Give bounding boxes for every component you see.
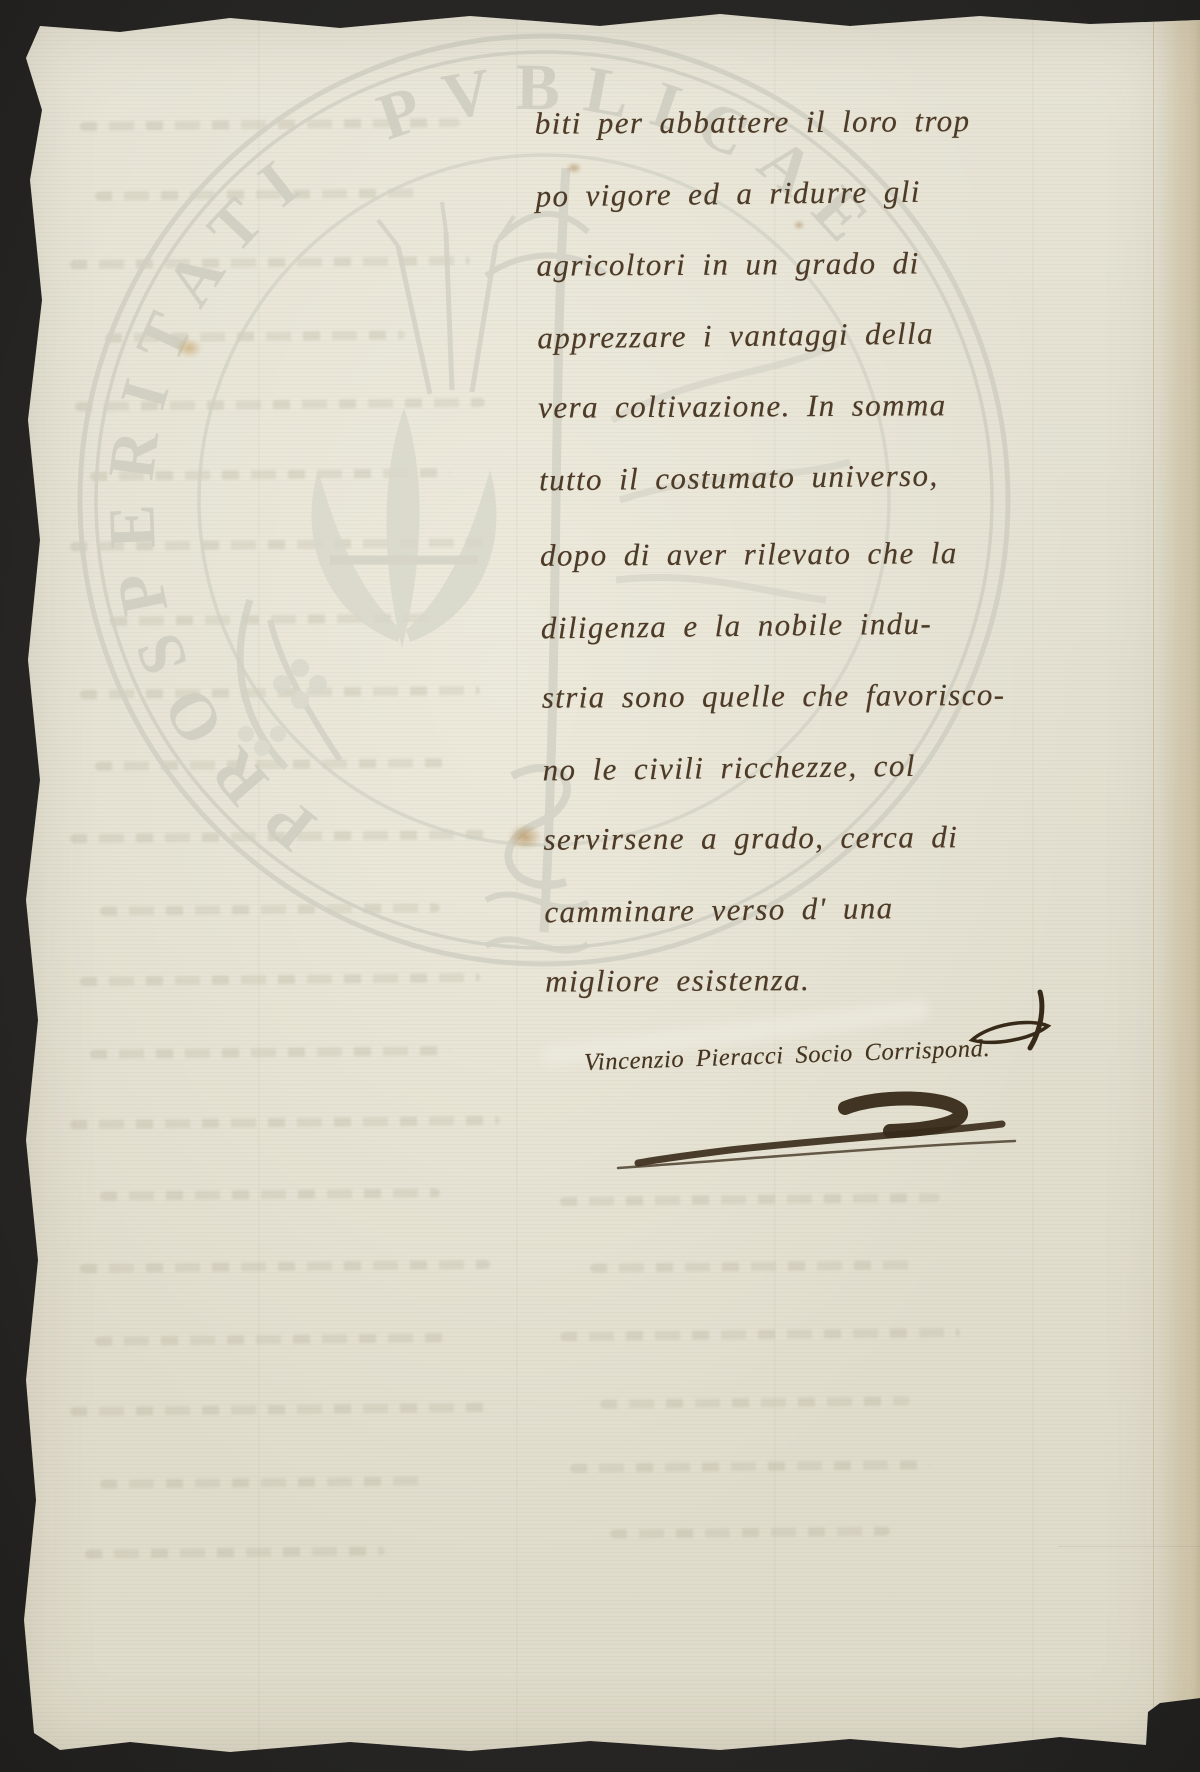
manuscript-line: dopo di aver rilevato che la <box>540 516 1100 590</box>
underline-flourish-bold <box>845 1098 961 1131</box>
seal-outer-ring <box>80 36 1008 964</box>
paper-crease <box>1058 1546 1200 1548</box>
manuscript-line: apprezzare i vantaggi della <box>537 296 1098 374</box>
pen-flourish <box>0 0 1200 1772</box>
underline-flourish-hairline <box>618 1141 1015 1168</box>
manuscript-line: camminare verso d' una <box>544 870 1105 948</box>
signature-end-flourish <box>1030 992 1042 1048</box>
manuscript-line: agricoltori in un grado di <box>536 226 1096 300</box>
ink-stain <box>508 824 542 850</box>
ink-stain <box>566 162 582 174</box>
scan-background: PROSPERITATI PVBLICAE <box>0 0 1200 1772</box>
prosperity-seal-watermark: PROSPERITATI PVBLICAE <box>0 0 1200 1772</box>
ink-stain <box>176 338 202 358</box>
paper-fold-edge <box>1153 0 1200 1772</box>
underline-flourish-sweep <box>638 1124 1002 1163</box>
seal-outer-ring-inner-line <box>96 52 992 948</box>
manuscript-text-block: biti per abbattere il loro trop po vigor… <box>534 83 1105 1019</box>
manuscript-line: biti per abbattere il loro trop <box>535 84 1095 158</box>
signature-end-flourish <box>972 1022 1048 1042</box>
manuscript-line: diligenza e la nobile indu- <box>540 586 1101 664</box>
burnish-mark <box>540 998 930 1067</box>
manuscript-line: servirsene a grado, cerca di <box>543 800 1103 874</box>
manuscript-page: PROSPERITATI PVBLICAE <box>0 0 1200 1772</box>
manuscript-line: no le civili ricchezze, col <box>542 728 1103 806</box>
manuscript-line: po vigore ed a ridurre gli <box>535 154 1096 232</box>
seal-inner-ring <box>199 155 889 845</box>
signature-line: Vincenzio Pieracci Socio Corrispond. <box>584 1035 991 1077</box>
manuscript-line: migliore esistenza. <box>545 942 1105 1016</box>
seal-inscription-text: PROSPERITATI PVBLICAE <box>94 51 897 865</box>
manuscript-line: stria sono quelle che favorisco- <box>542 658 1102 732</box>
ink-stain <box>793 220 805 230</box>
manuscript-line: tutto il costumato universo, <box>539 438 1100 516</box>
seal-emblem <box>238 168 850 951</box>
seal-inscription: PROSPERITATI PVBLICAE <box>94 51 897 865</box>
manuscript-line: vera coltivazione. In somma <box>538 368 1098 442</box>
